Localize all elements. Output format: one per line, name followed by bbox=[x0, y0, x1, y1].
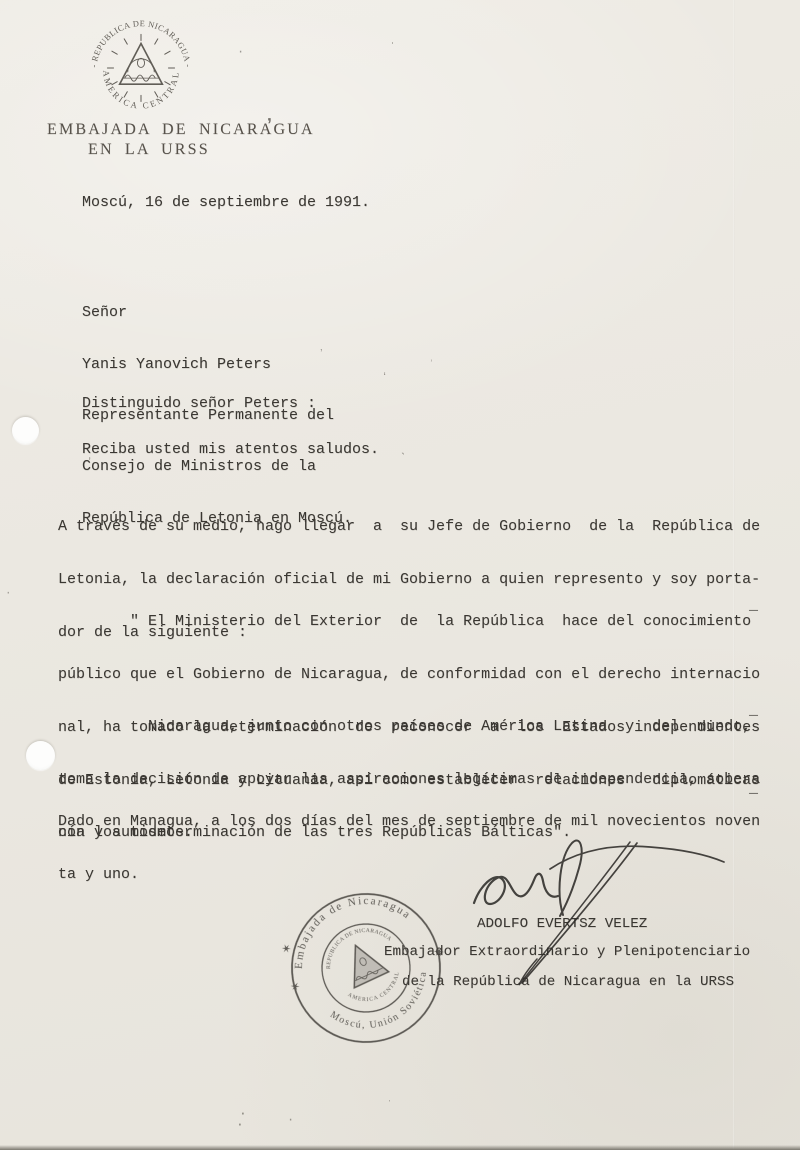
scan-speckle: ʼ bbox=[86, 456, 93, 470]
scan-speckle: ʼ bbox=[264, 117, 275, 137]
scan-speckle: ʻ bbox=[381, 371, 388, 385]
scan-speckle: · bbox=[5, 588, 12, 600]
hyphenation-underscore: _ bbox=[749, 597, 758, 614]
body-line: Nicaragua, junto con otros países de Amé… bbox=[58, 718, 760, 736]
embassy-seal: - REPUBLICA DE NICARAGUA - AMERICA CENTR… bbox=[82, 12, 200, 130]
hyphenation-underscore: _ bbox=[749, 702, 758, 719]
body-line: " El Ministerio del Exterior de la Repúb… bbox=[58, 613, 760, 631]
scan-speckle: ˒ bbox=[428, 354, 435, 366]
recipient-line: Consejo de Ministros de la bbox=[82, 459, 352, 475]
stamp-coat-of-arms-icon bbox=[338, 937, 388, 987]
signatory-name: ADOLFO EVERTSZ VELEZ bbox=[477, 916, 647, 934]
body-line: Dado en Managua, a los dos días del mes … bbox=[58, 813, 760, 831]
scan-edge-shadow bbox=[0, 1145, 800, 1150]
stamp-star-icon: ✶ bbox=[288, 978, 303, 995]
scan-speckle: ˈ bbox=[389, 41, 396, 55]
hyphenation-underscore: _ bbox=[749, 780, 758, 797]
scan-speckle: ˈ bbox=[386, 1100, 393, 1112]
punch-hole-top bbox=[12, 417, 39, 444]
scan-speckle: · bbox=[287, 1113, 294, 1127]
salutation: Distinguido señor Peters : bbox=[82, 395, 316, 413]
scan-speckle: ˎ bbox=[399, 441, 407, 456]
scan-speckle: · bbox=[237, 45, 244, 59]
scan-speckle: ʼ bbox=[318, 349, 325, 361]
recipient-line: Yanis Yanovich Peters bbox=[82, 357, 352, 373]
stamp-star-icon: ✶ bbox=[279, 940, 294, 957]
scanned-letter-page: - REPUBLICA DE NICARAGUA - AMERICA CENTR… bbox=[0, 0, 800, 1150]
punch-hole-bottom bbox=[26, 741, 55, 770]
date-line: Moscú, 16 de septiembre de 1991. bbox=[82, 194, 370, 212]
body-line: público que el Gobierno de Nicaragua, de… bbox=[58, 666, 760, 684]
greeting-line: Reciba usted mis atentos saludos. bbox=[82, 441, 379, 459]
recipient-line: Señor bbox=[82, 305, 352, 321]
body-line: A través de su medio, hago llegar a su J… bbox=[58, 518, 760, 536]
stamp-star-icon: ✶ bbox=[431, 944, 448, 963]
scan-speckle: · bbox=[236, 1117, 244, 1132]
letterhead-sub: EN LA URSS bbox=[88, 141, 210, 159]
